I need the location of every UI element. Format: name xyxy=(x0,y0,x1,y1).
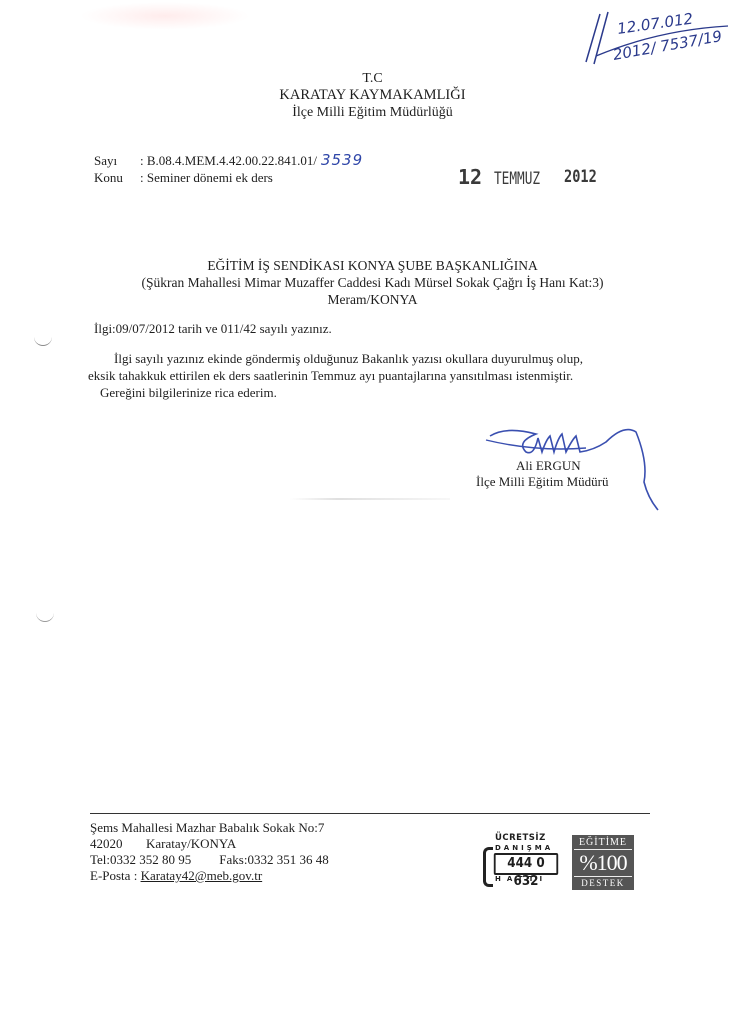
support-logo-top: EĞİTİME xyxy=(574,835,632,850)
support-logo-bottom: DESTEK xyxy=(574,876,632,889)
reference-line: İlgi:09/07/2012 tarih ve 011/42 sayılı y… xyxy=(94,321,332,337)
document-meta: Sayı : B.08.4.MEM.4.42.00.22.841.01/ 353… xyxy=(94,152,363,186)
footer-email-link[interactable]: Karatay42@meb.gov.tr xyxy=(141,868,263,883)
stamp-day: 12 xyxy=(458,165,482,189)
footer-fax: Faks:0332 351 36 48 xyxy=(219,852,328,867)
closing-line: Gereğini bilgilerinize rica ederim. xyxy=(100,384,654,401)
konu-value: : Seminer dönemi ek ders xyxy=(140,169,273,186)
date-stamp: 12 TEMMUZ 2012 xyxy=(458,165,555,189)
margin-mark xyxy=(34,337,52,346)
footer-phone-row: Tel:0332 352 80 95Faks:0332 351 36 48 xyxy=(90,852,329,868)
sayi-label: Sayı xyxy=(94,152,140,169)
footer-city: Karatay/KONYA xyxy=(146,836,236,851)
body-line-1: İlgi sayılı yazınız ekinde göndermiş old… xyxy=(94,350,654,367)
margin-mark xyxy=(36,611,54,622)
stamp-year: 2012 xyxy=(564,167,597,187)
footer-city-row: 42020Karatay/KONYA xyxy=(90,836,329,852)
header-department: İlçe Milli Eğitim Müdürlüğü xyxy=(0,104,745,121)
stamp-month: TEMMUZ xyxy=(494,169,540,189)
footer-email-label: E-Posta : xyxy=(90,868,141,883)
signatory-name: Ali ERGUN xyxy=(516,458,581,474)
sayi-handwritten-number: 3539 xyxy=(321,152,363,169)
footer-divider xyxy=(90,813,650,814)
hotline-number: 444 0 632 xyxy=(494,853,558,875)
addressee-address: (Şükran Mahallesi Mimar Muzaffer Caddesi… xyxy=(0,274,745,291)
education-support-logo: EĞİTİME %100 DESTEK xyxy=(572,835,634,890)
konu-row: Konu : Seminer dönemi ek ders xyxy=(94,169,363,186)
hotline-line-label: HATTI xyxy=(495,875,548,883)
footer-email-row: E-Posta : Karatay42@meb.gov.tr xyxy=(90,868,329,884)
letterhead: T.C KARATAY KAYMAKAMLIĞI İlçe Milli Eğit… xyxy=(0,70,745,121)
footer-tel: Tel:0332 352 80 95 xyxy=(90,852,191,867)
handwritten-registry-note: 12.07.012 2012/ 7537/19 xyxy=(578,4,745,74)
support-logo-percent: %100 xyxy=(572,850,634,876)
letter-body: İlgi sayılı yazınız ekinde göndermiş old… xyxy=(94,350,654,401)
addressee-name: EĞİTİM İŞ SENDİKASI KONYA ŞUBE BAŞKANLIĞ… xyxy=(0,257,745,274)
hotline-consult-label: DANIŞMA xyxy=(495,844,553,852)
addressee-city: Meram/KONYA xyxy=(0,291,745,308)
phone-handset-icon xyxy=(483,847,493,887)
konu-label: Konu xyxy=(94,169,140,186)
body-line-2: eksik tahakkuk ettirilen ek ders saatler… xyxy=(88,367,654,384)
footer-contact: Şems Mahallesi Mazhar Babalık Sokak No:7… xyxy=(90,820,329,884)
footer-postal-code: 42020 xyxy=(90,836,146,852)
sayi-row: Sayı : B.08.4.MEM.4.42.00.22.841.01/ 353… xyxy=(94,152,363,169)
signature-block: Ali ERGUN İlçe Milli Eğitim Müdürü xyxy=(476,422,676,512)
paper-smudge xyxy=(80,2,250,30)
hotline-free-label: ÜCRETSİZ xyxy=(495,833,546,843)
signatory-title: İlçe Milli Eğitim Müdürü xyxy=(476,474,609,490)
scan-artifact xyxy=(290,498,450,500)
addressee-block: EĞİTİM İŞ SENDİKASI KONYA ŞUBE BAŞKANLIĞ… xyxy=(0,257,745,308)
hotline-logo: ÜCRETSİZ DANIŞMA 444 0 632 HATTI xyxy=(483,833,563,891)
header-institution: KARATAY KAYMAKAMLIĞI xyxy=(0,87,745,104)
header-tc: T.C xyxy=(0,70,745,87)
footer-address: Şems Mahallesi Mazhar Babalık Sokak No:7 xyxy=(90,820,329,836)
sayi-value: : B.08.4.MEM.4.42.00.22.841.01/ xyxy=(140,152,317,169)
